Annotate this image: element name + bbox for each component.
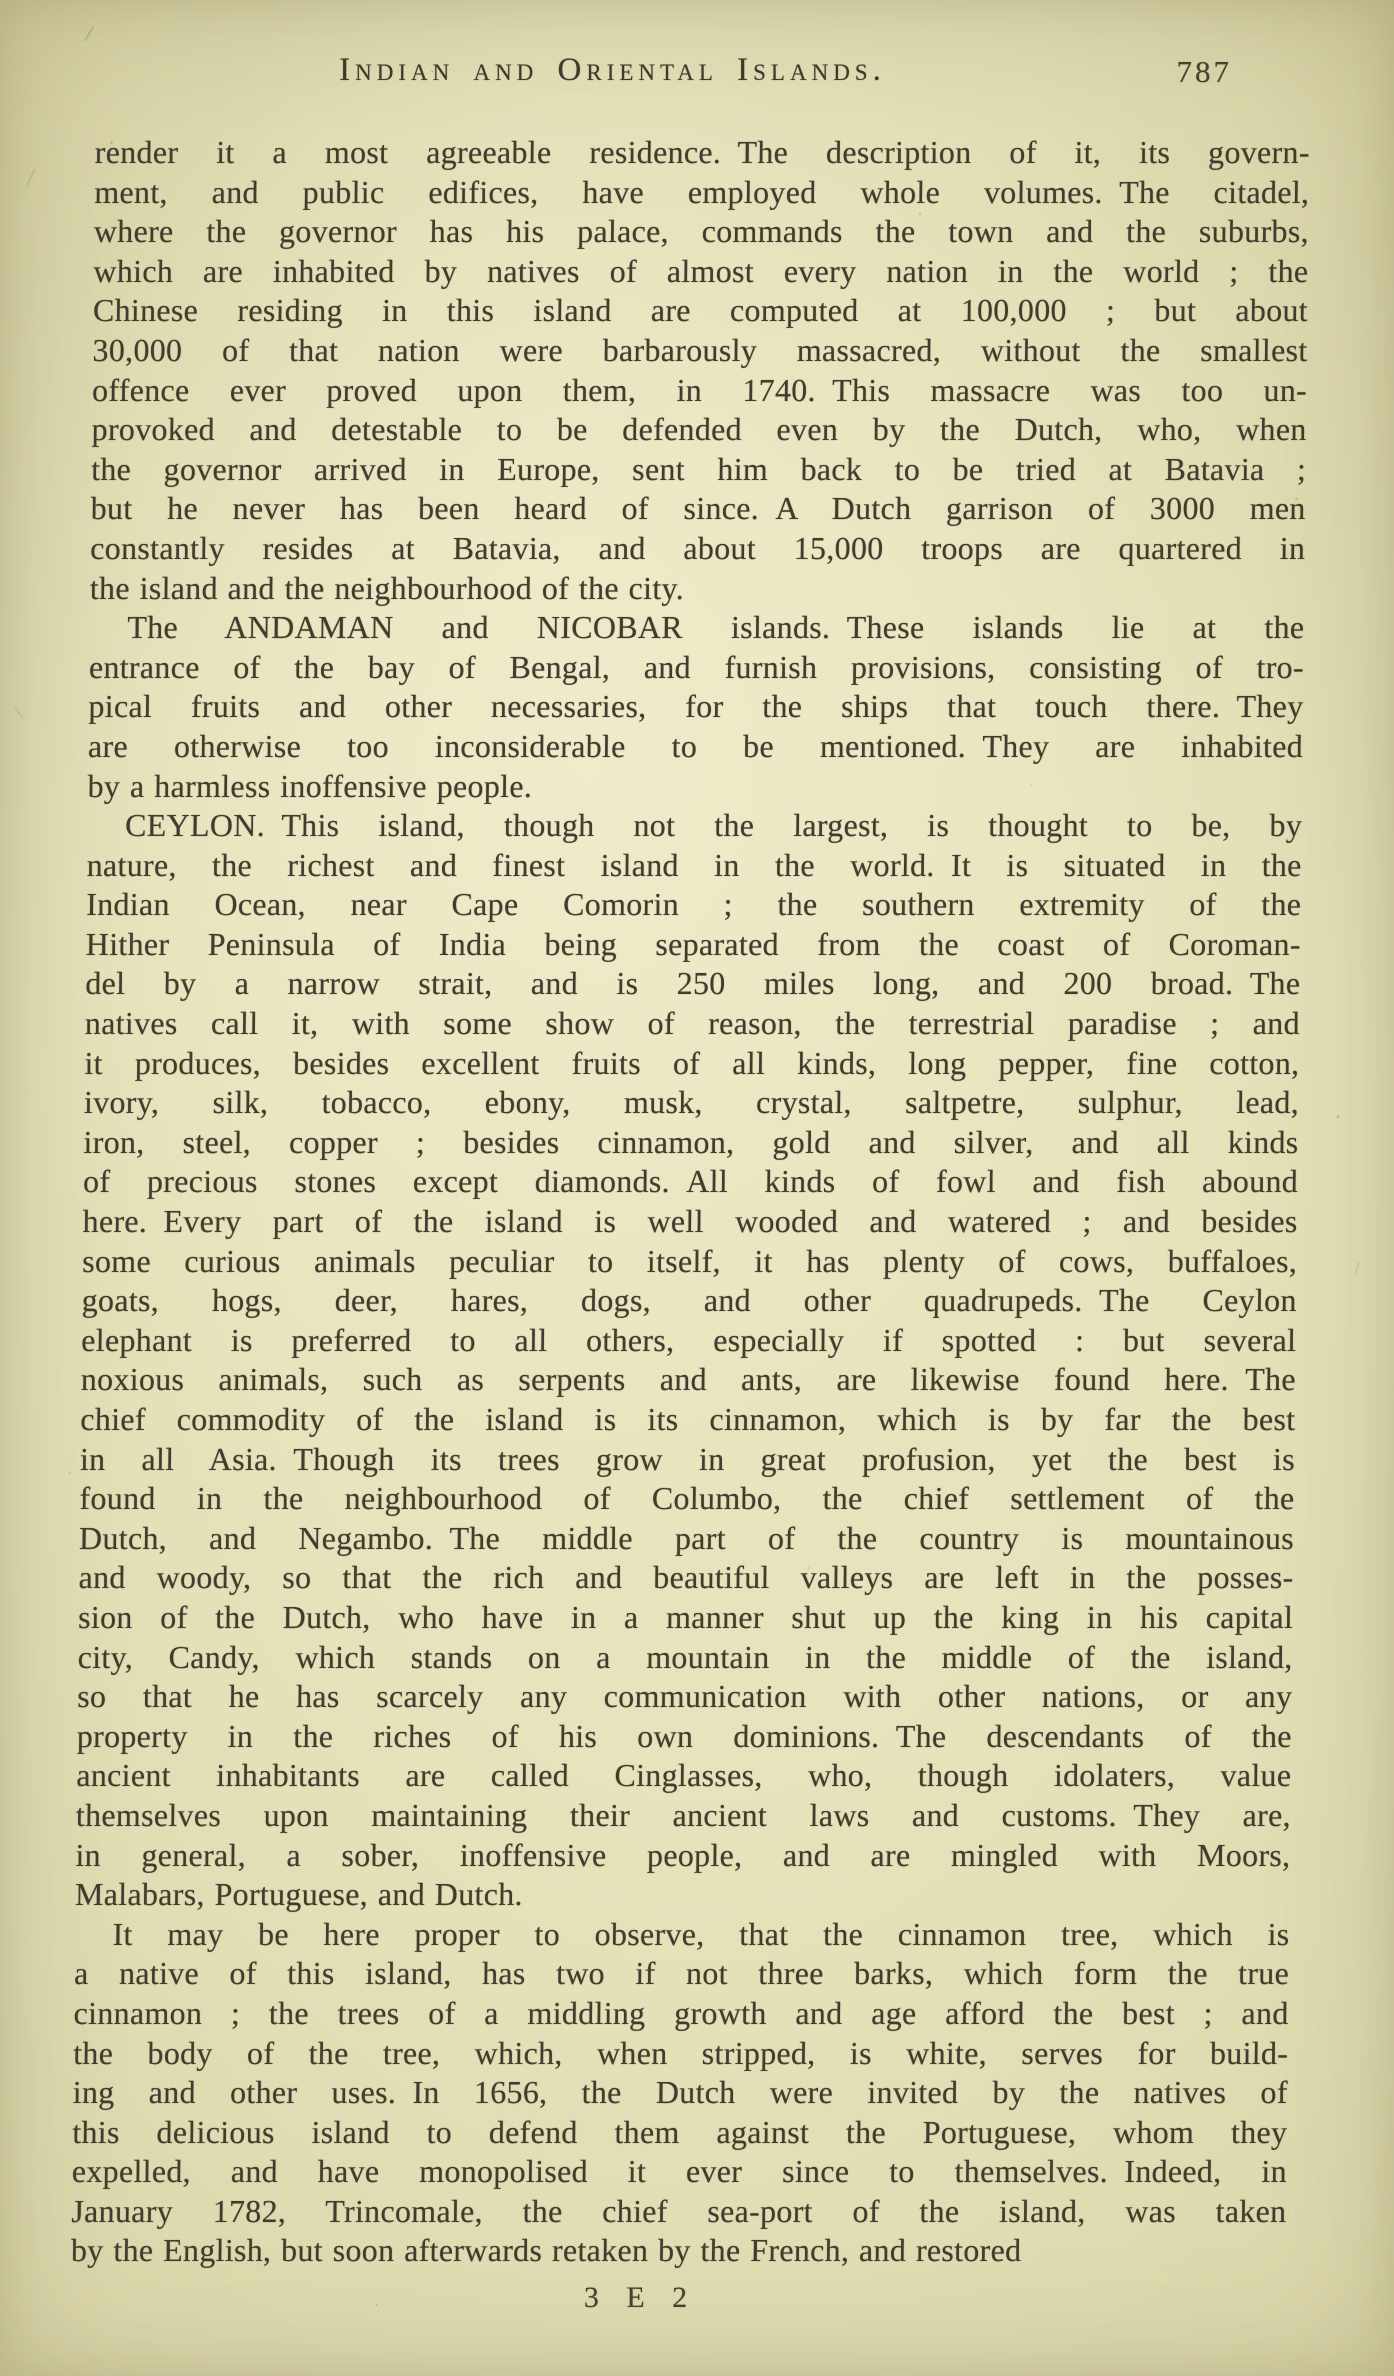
text-line: Chinese residing in this island are comp… (93, 291, 1308, 331)
text-line: the body of the tree, which, when stripp… (73, 2034, 1288, 2074)
text-line: del by a narrow strait, and is 250 miles… (85, 964, 1300, 1004)
text-line: the governor arrived in Europe, sent him… (91, 450, 1306, 490)
text-line: themselves upon maintaining their ancien… (76, 1796, 1291, 1836)
text-line: property in the riches of his own domini… (77, 1717, 1292, 1757)
text-line: offence ever proved upon them, in 1740. … (92, 371, 1307, 411)
text-line: sion of the Dutch, who have in a manner … (78, 1598, 1293, 1638)
text-line: so that he has scarcely any communicatio… (77, 1677, 1292, 1717)
text-line: Dutch, and Negambo. The middle part of t… (79, 1519, 1294, 1559)
text-line: 30,000 of that nation were barbarously m… (92, 331, 1307, 371)
scan-artifact (26, 168, 35, 185)
text-line: CEYLON. This island, though not the larg… (87, 806, 1302, 846)
text-line: elephant is preferred to all others, esp… (81, 1321, 1296, 1361)
text-line: January 1782, Trincomale, the chief sea-… (71, 2192, 1286, 2232)
text-line: iron, steel, copper ; besides cinnamon, … (83, 1123, 1298, 1163)
text-line: It may be here proper to observe, that t… (74, 1915, 1289, 1955)
paragraph: render it a most agreeable residence. Th… (90, 133, 1310, 608)
text-line: constantly resides at Batavia, and about… (90, 529, 1305, 569)
text-line: The ANDAMAN and NICOBAR islands. These i… (89, 608, 1304, 648)
signature-mark: 3 E 2 (33, 2281, 1248, 2315)
text-line: here. Every part of the island is well w… (82, 1202, 1297, 1242)
paragraph: It may be here proper to observe, that t… (71, 1915, 1290, 2271)
page-number: 787 (1177, 54, 1233, 90)
text-line: but he never has been heard of since. A … (91, 489, 1306, 529)
text-line: natives call it, with some show of reaso… (85, 1004, 1300, 1044)
text-line: provoked and detestable to be defended e… (91, 410, 1306, 450)
text-line: nature, the richest and finest island in… (86, 846, 1301, 886)
text-line: ing and other uses. In 1656, the Dutch w… (73, 2073, 1288, 2113)
text-line: cinnamon ; the trees of a middling growt… (73, 1994, 1288, 2034)
text-line: Indian Ocean, near Cape Comorin ; the so… (86, 885, 1301, 925)
text-line: city, Candy, which stands on a mountain … (77, 1638, 1292, 1678)
text-line: ment, and public edifices, have employed… (94, 173, 1309, 213)
text-line: in all Asia. Though its trees grow in gr… (80, 1440, 1295, 1480)
paragraph: CEYLON. This island, though not the larg… (75, 806, 1303, 1915)
text-line: in general, a sober, inoffensive people,… (75, 1836, 1290, 1876)
text-line: ancient inhabitants are called Cinglasse… (76, 1756, 1291, 1796)
text-line: where the governor has his palace, comma… (94, 212, 1309, 252)
text-line: Malabars, Portuguese, and Dutch. (75, 1875, 1290, 1915)
book-page: Indian and Oriental Islands. 787 render … (0, 0, 1394, 2376)
text-line: by a harmless inoffensive people. (87, 767, 1302, 807)
text-line: Hither Peninsula of India being separate… (86, 925, 1301, 965)
text-line: expelled, and have monopolised it ever s… (72, 2152, 1287, 2192)
text-line: entrance of the bay of Bengal, and furni… (89, 648, 1304, 688)
paragraph: The ANDAMAN and NICOBAR islands. These i… (87, 608, 1304, 806)
text-line: found in the neighbourhood of Columbo, t… (79, 1479, 1294, 1519)
text-line: of precious stones except diamonds. All … (83, 1162, 1298, 1202)
text-line: and woody, so that the rich and beautifu… (78, 1558, 1293, 1598)
scan-artifact (1354, 1262, 1360, 1274)
page-body: render it a most agreeable residence. Th… (71, 133, 1310, 2271)
running-title: Indian and Oriental Islands. (5, 52, 1220, 89)
text-line: render it a most agreeable residence. Th… (95, 133, 1310, 173)
text-line: it produces, besides excellent fruits of… (84, 1044, 1299, 1084)
text-line: chief commodity of the island is its cin… (80, 1400, 1295, 1440)
scan-artifact (14, 707, 24, 720)
text-line: this delicious island to defend them aga… (72, 2113, 1287, 2153)
text-line: noxious animals, such as serpents and an… (81, 1360, 1296, 1400)
text-line: pical fruits and other necessaries, for … (88, 687, 1303, 727)
text-line: which are inhabited by natives of almost… (93, 252, 1308, 292)
text-line: a native of this island, has two if not … (74, 1954, 1289, 1994)
scan-artifact (84, 27, 94, 42)
text-line: are otherwise too inconsiderable to be m… (88, 727, 1303, 767)
text-line: goats, hogs, deer, hares, dogs, and othe… (82, 1281, 1297, 1321)
text-line: by the English, but soon afterwards reta… (71, 2231, 1286, 2271)
text-line: the island and the neighbourhood of the … (90, 569, 1305, 609)
running-head: Indian and Oriental Islands. 787 (95, 52, 1310, 92)
text-line: ivory, silk, tobacco, ebony, musk, cryst… (84, 1083, 1299, 1123)
text-line: some curious animals peculiar to itself,… (82, 1242, 1297, 1282)
